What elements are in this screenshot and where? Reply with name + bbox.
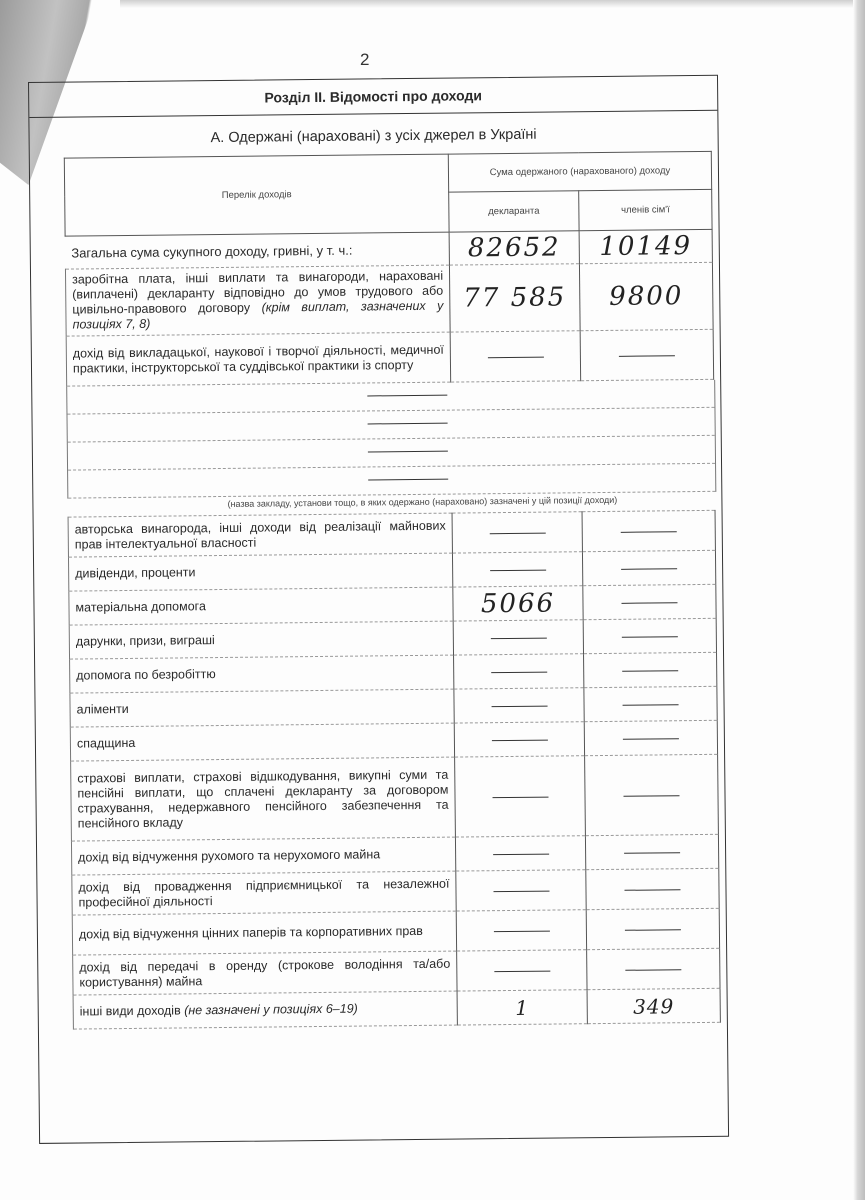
handwritten-dash: [624, 889, 680, 891]
handwritten-dash: [625, 969, 681, 971]
income-form: Розділ ІІ. Відомості про доходи А. Одерж…: [28, 75, 729, 1144]
income-description: 7.дохід від викладацької, наукової і тво…: [66, 332, 451, 386]
income-row: 17.дохід від провадження підприємницької…: [72, 868, 719, 915]
income-description: 11.дарунки, призи, виграші: [69, 621, 453, 659]
family-value: 349: [587, 988, 720, 1023]
institution-lines: [66, 380, 716, 499]
family-value: [583, 584, 716, 619]
handwritten-dash: [624, 852, 680, 854]
income-row: 8.авторська винагорода, інші доходи від …: [68, 510, 715, 557]
handwritten-dash: [492, 797, 548, 799]
income-table-header: Перелік доходів Сума одержаного (нарахов…: [64, 151, 713, 237]
income-description: 17.дохід від провадження підприємницької…: [72, 871, 456, 915]
handwritten-dash: [493, 891, 549, 893]
declarant-value: [457, 950, 587, 991]
family-value: [585, 834, 718, 869]
handwritten-dash: [487, 357, 543, 359]
income-text: допомога по безробіттю: [76, 667, 216, 682]
income-rows-bottom: 8.авторська винагорода, інші доходи від …: [68, 510, 721, 1030]
family-value: [582, 510, 715, 551]
handwritten-dash: [624, 795, 680, 797]
family-value: [586, 908, 719, 949]
family-value: [587, 948, 720, 989]
scan-edge-top: [120, 0, 865, 8]
income-row: 19.дохід від передачі в оренду (строкове…: [73, 948, 720, 995]
subsection-title: А. Одержані (нараховані) з усіх джерел в…: [30, 125, 718, 148]
handwritten-dash: [490, 638, 546, 640]
income-description: 13.аліменти: [70, 689, 454, 727]
handwritten-dash: [622, 670, 678, 672]
family-value: [586, 868, 719, 909]
handwritten-dash: [494, 971, 550, 973]
institution-line: [68, 464, 715, 499]
family-value: [584, 686, 717, 721]
declarant-value: [450, 331, 581, 382]
family-value: [585, 754, 719, 835]
handwritten-dash: [489, 533, 545, 535]
family-value: [580, 329, 714, 380]
handwritten-dash: [621, 602, 677, 604]
handwritten-dash: [623, 704, 679, 706]
declarant-value: [455, 836, 585, 871]
declarant-value: [452, 512, 582, 553]
income-row: 7.дохід від викладацької, наукової і тво…: [66, 329, 713, 386]
income-row: 6.заробітна плата, інші виплати та винаг…: [65, 262, 713, 336]
handwritten-dash: [621, 568, 677, 570]
declarant-value: [455, 756, 586, 837]
income-description: 6.заробітна плата, інші виплати та винаг…: [65, 265, 450, 336]
family-value: [582, 550, 715, 585]
declarant-value: 1: [457, 990, 587, 1025]
handwritten-dash: [491, 706, 547, 708]
income-text: Загальна сума сукупного доходу, гривні, …: [71, 242, 352, 260]
handwritten-dash: [621, 531, 677, 533]
header-family: членів сім'ї: [579, 189, 712, 230]
declarant-value: [456, 910, 586, 951]
family-value: 9800: [579, 262, 713, 330]
income-text: дивіденди, проценти: [75, 565, 195, 580]
declarant-value: [456, 870, 586, 911]
handwritten-dash: [619, 355, 675, 357]
declarant-value: [454, 654, 584, 689]
declarant-value: 5066: [453, 586, 583, 621]
handwritten-dash: [622, 636, 678, 638]
family-value: [584, 720, 717, 755]
income-row: 20.інші види доходів (не зазначені у поз…: [73, 988, 720, 1029]
handwritten-dash: [491, 672, 547, 674]
handwritten-dash: [625, 929, 681, 931]
income-description: 10.матеріальна допомога: [69, 587, 453, 625]
income-text: аліменти: [77, 702, 129, 717]
handwritten-dash: [490, 570, 546, 572]
declarant-value: [454, 688, 584, 723]
family-value: 10149: [579, 230, 712, 264]
handwritten-dash: [368, 451, 448, 453]
income-note: (не зазначені у позиціях 6–19): [184, 1002, 358, 1018]
declarant-value: [453, 620, 583, 655]
income-text: авторська винагорода, інші доходи від ре…: [75, 518, 446, 551]
income-text: дохід від провадження підприємницької та…: [78, 876, 449, 909]
income-description: 8.авторська винагорода, інші доходи від …: [68, 513, 452, 557]
handwritten-dash: [491, 740, 547, 742]
handwritten-dash: [623, 738, 679, 740]
page-number: 2: [360, 50, 369, 70]
income-description: 16.дохід від відчуження рухомого та неру…: [71, 837, 455, 875]
income-row: 18.дохід від відчуження цінних паперів т…: [72, 908, 719, 955]
income-description: 14.спадщина: [70, 723, 454, 761]
income-text: дарунки, призи, виграші: [76, 633, 215, 648]
income-description: 5.Загальна сума сукупного доходу, гривні…: [65, 233, 449, 270]
income-text: дохід від викладацької, наукової і творч…: [73, 342, 444, 375]
income-description: 15.страхові виплати, страхові відшкодува…: [71, 757, 456, 841]
handwritten-dash: [368, 423, 448, 425]
section-title: Розділ ІІ. Відомості про доходи: [29, 76, 717, 118]
declarant-value: 82652: [449, 231, 579, 265]
row-number: 20.: [0, 1005, 1, 1020]
declarant-value: [454, 722, 584, 757]
declarant-value: [452, 552, 582, 587]
scan-edge-right: [853, 0, 865, 1200]
header-declarant: декларанта: [449, 191, 579, 232]
income-description: 9.дивіденди, проценти: [68, 553, 452, 591]
income-text: дохід від відчуження рухомого та нерухом…: [78, 847, 380, 864]
income-row: 15.страхові виплати, страхові відшкодува…: [71, 754, 719, 841]
income-text: інші види доходів: [80, 1003, 185, 1018]
handwritten-dash: [367, 395, 447, 397]
handwritten-dash: [368, 479, 448, 481]
income-rows-top: 5.Загальна сума сукупного доходу, гривні…: [65, 230, 715, 387]
income-text: дохід від відчуження цінних паперів та к…: [79, 924, 423, 942]
header-income-list: Перелік доходів: [64, 154, 449, 236]
income-text: спадщина: [77, 736, 136, 751]
handwritten-dash: [493, 931, 549, 933]
income-description: 20.інші види доходів (не зазначені у поз…: [73, 991, 457, 1029]
family-value: [583, 618, 716, 653]
income-text: страхові виплати, страхові відшкодування…: [77, 767, 448, 830]
income-text: дохід від передачі в оренду (строкове во…: [79, 956, 450, 989]
income-text: матеріальна допомога: [75, 599, 206, 614]
income-description: 19.дохід від передачі в оренду (строкове…: [73, 951, 457, 995]
header-income-sum: Сума одержаного (нарахованого) доходу: [448, 151, 711, 192]
family-value: [584, 652, 717, 687]
income-description: 12.допомога по безробіттю: [70, 655, 454, 693]
declarant-value: 77 585: [449, 264, 580, 332]
income-description: 18.дохід від відчуження цінних паперів т…: [72, 911, 456, 955]
handwritten-dash: [493, 854, 549, 856]
